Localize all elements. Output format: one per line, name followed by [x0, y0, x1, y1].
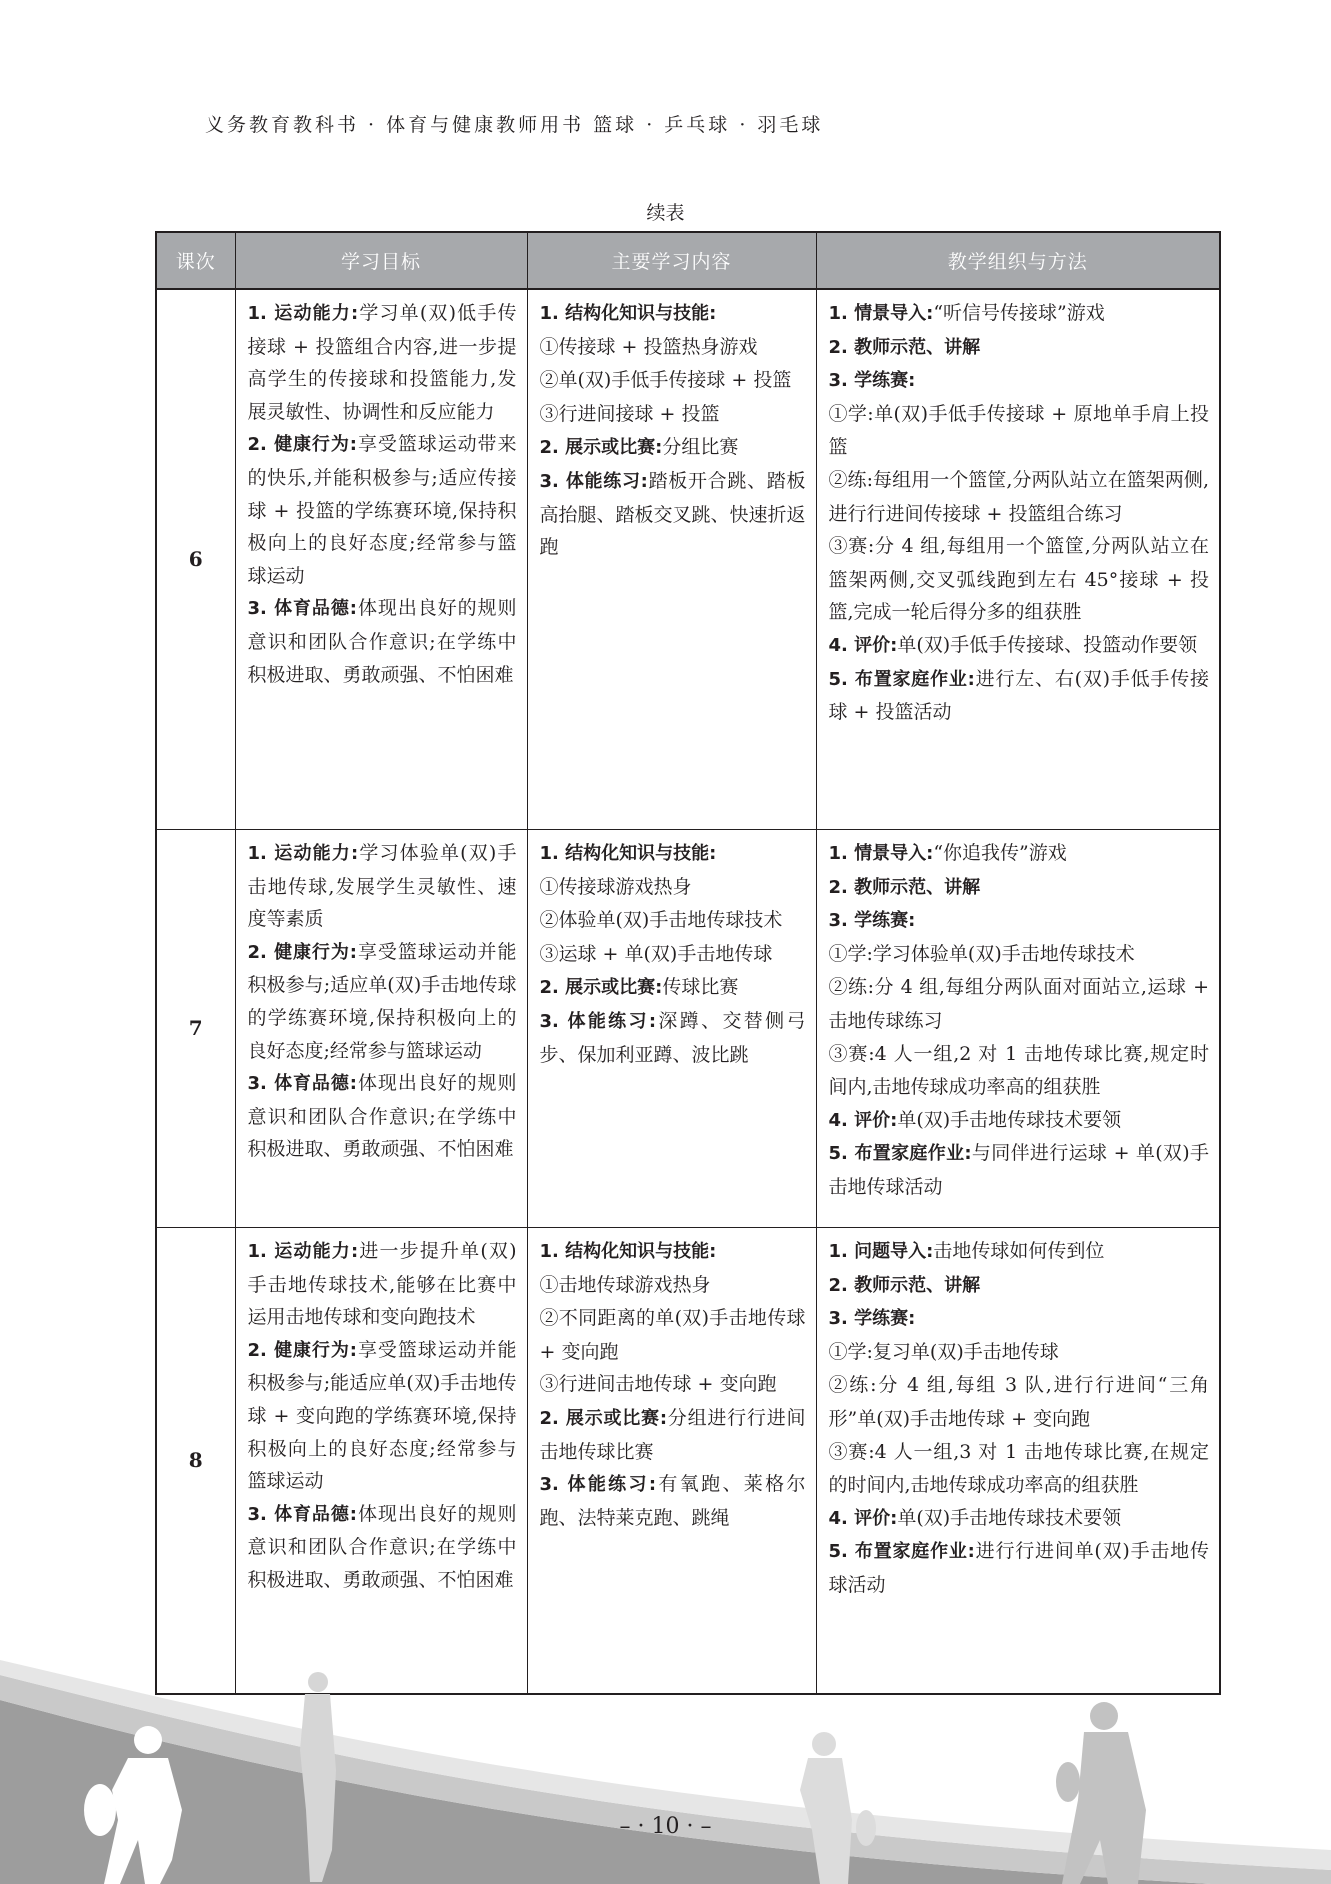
item-label: 3. 体能练习: [540, 1011, 657, 1032]
list-item: 2. 健康行为:享受篮球运动并能积极参与;能适应单(双)手击地传球 + 变向跑的… [248, 1334, 517, 1498]
item-label: 3. 学练赛: [829, 910, 916, 931]
list-item: 2. 健康行为:享受篮球运动并能积极参与;适应单(双)手击地传球的学练赛环境,保… [248, 936, 517, 1067]
item-text: “你追我传”游戏 [933, 842, 1066, 864]
list-item: 3. 体能练习:踏板开合跳、踏板高抬腿、踏板交叉跳、快速折返跑 [540, 465, 806, 564]
list-item: ③赛:4 人一组,3 对 1 击地传球比赛,在规定的时间内,击地传球成功率高的组… [829, 1436, 1210, 1502]
list-item: ①学:复习单(双)手击地传球 [829, 1336, 1210, 1370]
item-label: 1. 结构化知识与技能: [540, 1241, 717, 1262]
list-item: 3. 学练赛: [829, 364, 1210, 398]
item-text: 分组比赛 [662, 436, 738, 458]
header-objectives: 学习目标 [235, 232, 527, 289]
list-item: ②不同距离的单(双)手击地传球 + 变向跑 [540, 1302, 806, 1368]
list-item: ②练:分 4 组,每组分两队面对面站立,运球 + 击地传球练习 [829, 971, 1210, 1037]
content-cell: 1. 结构化知识与技能:①传接球 + 投篮热身游戏②单(双)手低手传接球 + 投… [527, 289, 816, 830]
item-text: ①学:单(双)手低手传接球 + 原地单手肩上投篮 [829, 403, 1210, 459]
item-label: 4. 评价: [829, 1508, 898, 1529]
item-text: ③运球 + 单(双)手击地传球 [540, 943, 773, 965]
list-item: 5. 布置家庭作业:与同伴进行运球 + 单(双)手击地传球活动 [829, 1137, 1210, 1203]
list-item: 1. 结构化知识与技能: [540, 837, 806, 871]
item-text: ①学:学习体验单(双)手击地传球技术 [829, 943, 1135, 965]
table-row: 81. 运动能力:进一步提升单(双)手击地传球技术,能够在比赛中运用击地传球和变… [156, 1228, 1220, 1695]
item-label: 5. 布置家庭作业: [829, 669, 975, 690]
list-item: 2. 展示或比赛:分组比赛 [540, 431, 806, 465]
item-label: 3. 学练赛: [829, 1308, 916, 1329]
item-text: 单(双)手击地传球技术要领 [897, 1109, 1121, 1131]
item-text: ③行进间接球 + 投篮 [540, 403, 720, 425]
item-text: 享受篮球运动并能积极参与;能适应单(双)手击地传球 + 变向跑的学练赛环境,保持… [248, 1339, 517, 1492]
methods-cell: 1. 情景导入:“你追我传”游戏2. 教师示范、讲解3. 学练赛:①学:学习体验… [816, 830, 1220, 1228]
methods-cell: 1. 问题导入:击地传球如何传到位2. 教师示范、讲解3. 学练赛:①学:复习单… [816, 1228, 1220, 1695]
item-label: 5. 布置家庭作业: [829, 1541, 975, 1562]
list-item: 4. 评价:单(双)手击地传球技术要领 [829, 1104, 1210, 1138]
item-label: 2. 健康行为: [248, 1340, 358, 1361]
item-text: 传球比赛 [662, 976, 738, 998]
list-item: ②练:每组用一个篮筐,分两队站立在篮架两侧,进行行进间传接球 + 投篮组合练习 [829, 464, 1210, 530]
table-caption: 续表 [0, 198, 1331, 225]
item-label: 3. 学练赛: [829, 370, 916, 391]
list-item: 2. 健康行为:享受篮球运动带来的快乐,并能积极参与;适应传接球 + 投篮的学练… [248, 428, 517, 592]
item-label: 1. 结构化知识与技能: [540, 843, 717, 864]
item-text: ③赛:4 人一组,3 对 1 击地传球比赛,在规定的时间内,击地传球成功率高的组… [829, 1441, 1210, 1497]
item-label: 2. 健康行为: [248, 434, 358, 455]
list-item: 2. 教师示范、讲解 [829, 871, 1210, 905]
item-text: ③赛:分 4 组,每组用一个篮筐,分两队站立在篮架两侧,交叉弧线跑到左右 45°… [829, 535, 1210, 623]
basketball-silhouette-banner [0, 1660, 1331, 1884]
item-label: 2. 教师示范、讲解 [829, 877, 981, 898]
list-item: 2. 教师示范、讲解 [829, 1269, 1210, 1303]
table-row: 61. 运动能力:学习单(双)低手传接球 + 投篮组合内容,进一步提高学生的传接… [156, 289, 1220, 830]
list-item: 3. 体能练习:有氧跑、莱格尔跑、法特莱克跑、跳绳 [540, 1468, 806, 1534]
list-item: ①传接球游戏热身 [540, 871, 806, 905]
item-text: ②体验单(双)手击地传球技术 [540, 909, 783, 931]
item-text: ①击地传球游戏热身 [540, 1274, 711, 1296]
running-head: 义务教育教科书 · 体育与健康教师用书 篮球 · 乒乓球 · 羽毛球 [205, 110, 823, 137]
list-item: 3. 学练赛: [829, 1302, 1210, 1336]
list-item: 1. 结构化知识与技能: [540, 1235, 806, 1269]
list-item: 1. 情景导入:“听信号传接球”游戏 [829, 297, 1210, 331]
item-text: ②不同距离的单(双)手击地传球 + 变向跑 [540, 1307, 806, 1363]
list-item: 3. 体育品德:体现出良好的规则意识和团队合作意识;在学练中积极进取、勇敢顽强、… [248, 1498, 517, 1597]
objectives-cell: 1. 运动能力:学习单(双)低手传接球 + 投篮组合内容,进一步提高学生的传接球… [235, 289, 527, 830]
item-text: 单(双)手低手传接球、投篮动作要领 [897, 634, 1197, 656]
list-item: ①学:学习体验单(双)手击地传球技术 [829, 938, 1210, 972]
header-lesson: 课次 [156, 232, 235, 289]
list-item: 1. 运动能力:学习单(双)低手传接球 + 投篮组合内容,进一步提高学生的传接球… [248, 297, 517, 428]
item-label: 2. 健康行为: [248, 942, 358, 963]
list-item: ②体验单(双)手击地传球技术 [540, 904, 806, 938]
item-text: 击地传球如何传到位 [933, 1240, 1104, 1262]
item-label: 2. 教师示范、讲解 [829, 1275, 981, 1296]
methods-cell: 1. 情景导入:“听信号传接球”游戏2. 教师示范、讲解3. 学练赛:①学:单(… [816, 289, 1220, 830]
list-item: 2. 教师示范、讲解 [829, 331, 1210, 365]
item-label: 1. 结构化知识与技能: [540, 303, 717, 324]
table-row: 71. 运动能力:学习体验单(双)手击地传球,发展学生灵敏性、速度等素质2. 健… [156, 830, 1220, 1228]
item-label: 2. 展示或比赛: [540, 1408, 668, 1429]
list-item: ②单(双)手低手传接球 + 投篮 [540, 364, 806, 398]
item-label: 1. 运动能力: [248, 1241, 359, 1262]
item-label: 2. 教师示范、讲解 [829, 337, 981, 358]
list-item: 3. 体能练习:深蹲、交替侧弓步、保加利亚蹲、波比跳 [540, 1005, 806, 1071]
content-cell: 1. 结构化知识与技能:①传接球游戏热身②体验单(双)手击地传球技术③运球 + … [527, 830, 816, 1228]
item-label: 2. 展示或比赛: [540, 977, 663, 998]
content-cell: 1. 结构化知识与技能:①击地传球游戏热身②不同距离的单(双)手击地传球 + 变… [527, 1228, 816, 1695]
item-text: 享受篮球运动带来的快乐,并能积极参与;适应传接球 + 投篮的学练赛环境,保持积极… [248, 433, 517, 586]
list-item: 3. 体育品德:体现出良好的规则意识和团队合作意识;在学练中积极进取、勇敢顽强、… [248, 592, 517, 691]
list-item: 3. 学练赛: [829, 904, 1210, 938]
item-text: ②练:每组用一个篮筐,分两队站立在篮架两侧,进行行进间传接球 + 投篮组合练习 [829, 469, 1210, 525]
item-text: ①传接球游戏热身 [540, 876, 692, 898]
list-item: 1. 运动能力:进一步提升单(双)手击地传球技术,能够在比赛中运用击地传球和变向… [248, 1235, 517, 1334]
list-item: ③运球 + 单(双)手击地传球 [540, 938, 806, 972]
item-label: 1. 问题导入: [829, 1241, 934, 1262]
list-item: 2. 展示或比赛:传球比赛 [540, 971, 806, 1005]
lesson-number: 7 [156, 830, 235, 1228]
table-header-row: 课次 学习目标 主要学习内容 教学组织与方法 [156, 232, 1220, 289]
list-item: ①传接球 + 投篮热身游戏 [540, 331, 806, 365]
item-text: ①传接球 + 投篮热身游戏 [540, 336, 758, 358]
list-item: 1. 问题导入:击地传球如何传到位 [829, 1235, 1210, 1269]
item-label: 3. 体能练习: [540, 471, 648, 492]
list-item: 4. 评价:单(双)手低手传接球、投篮动作要领 [829, 629, 1210, 663]
header-methods: 教学组织与方法 [816, 232, 1220, 289]
list-item: ③赛:4 人一组,2 对 1 击地传球比赛,规定时间内,击地传球成功率高的组获胜 [829, 1038, 1210, 1104]
list-item: 2. 展示或比赛:分组进行行进间击地传球比赛 [540, 1402, 806, 1468]
item-label: 1. 情景导入: [829, 843, 934, 864]
item-text: ③赛:4 人一组,2 对 1 击地传球比赛,规定时间内,击地传球成功率高的组获胜 [829, 1043, 1210, 1099]
list-item: ③行进间击地传球 + 变向跑 [540, 1368, 806, 1402]
item-label: 2. 展示或比赛: [540, 437, 663, 458]
list-item: 5. 布置家庭作业:进行左、右(双)手低手传接球 + 投篮活动 [829, 663, 1210, 729]
list-item: 4. 评价:单(双)手击地传球技术要领 [829, 1502, 1210, 1536]
item-label: 4. 评价: [829, 1110, 898, 1131]
item-text: ③行进间击地传球 + 变向跑 [540, 1373, 777, 1395]
item-label: 4. 评价: [829, 635, 898, 656]
item-text: ②练:分 4 组,每组 3 队,进行行进间“三角形”单(双)手击地传球 + 变向… [829, 1374, 1210, 1430]
item-label: 5. 布置家庭作业: [829, 1143, 972, 1164]
list-item: 1. 运动能力:学习体验单(双)手击地传球,发展学生灵敏性、速度等素质 [248, 837, 517, 936]
item-label: 3. 体育品德: [248, 1073, 358, 1094]
item-label: 3. 体能练习: [540, 1474, 657, 1495]
item-label: 1. 运动能力: [248, 843, 359, 864]
lesson-plan-table: 课次 学习目标 主要学习内容 教学组织与方法 61. 运动能力:学习单(双)低手… [155, 231, 1221, 1695]
item-text: 单(双)手击地传球技术要领 [897, 1507, 1121, 1529]
item-label: 1. 运动能力: [248, 303, 359, 324]
list-item: 1. 结构化知识与技能: [540, 297, 806, 331]
list-item: 1. 情景导入:“你追我传”游戏 [829, 837, 1210, 871]
item-label: 3. 体育品德: [248, 1504, 358, 1525]
list-item: 5. 布置家庭作业:进行行进间单(双)手击地传球活动 [829, 1535, 1210, 1601]
item-text: ①学:复习单(双)手击地传球 [829, 1341, 1059, 1363]
item-text: “听信号传接球”游戏 [933, 302, 1104, 324]
list-item: ①击地传球游戏热身 [540, 1269, 806, 1303]
lesson-number: 6 [156, 289, 235, 830]
item-label: 1. 情景导入: [829, 303, 934, 324]
list-item: ③赛:分 4 组,每组用一个篮筐,分两队站立在篮架两侧,交叉弧线跑到左右 45°… [829, 530, 1210, 629]
item-text: ②练:分 4 组,每组分两队面对面站立,运球 + 击地传球练习 [829, 976, 1210, 1032]
header-content: 主要学习内容 [527, 232, 816, 289]
list-item: ③行进间接球 + 投篮 [540, 398, 806, 432]
objectives-cell: 1. 运动能力:学习体验单(双)手击地传球,发展学生灵敏性、速度等素质2. 健康… [235, 830, 527, 1228]
item-label: 3. 体育品德: [248, 598, 358, 619]
page-number: – · 10 · – [0, 1814, 1331, 1839]
lesson-number: 8 [156, 1228, 235, 1695]
item-text: ②单(双)手低手传接球 + 投篮 [540, 369, 792, 391]
list-item: 3. 体育品德:体现出良好的规则意识和团队合作意识;在学练中积极进取、勇敢顽强、… [248, 1067, 517, 1166]
objectives-cell: 1. 运动能力:进一步提升单(双)手击地传球技术,能够在比赛中运用击地传球和变向… [235, 1228, 527, 1695]
list-item: ②练:分 4 组,每组 3 队,进行行进间“三角形”单(双)手击地传球 + 变向… [829, 1369, 1210, 1435]
list-item: ①学:单(双)手低手传接球 + 原地单手肩上投篮 [829, 398, 1210, 464]
